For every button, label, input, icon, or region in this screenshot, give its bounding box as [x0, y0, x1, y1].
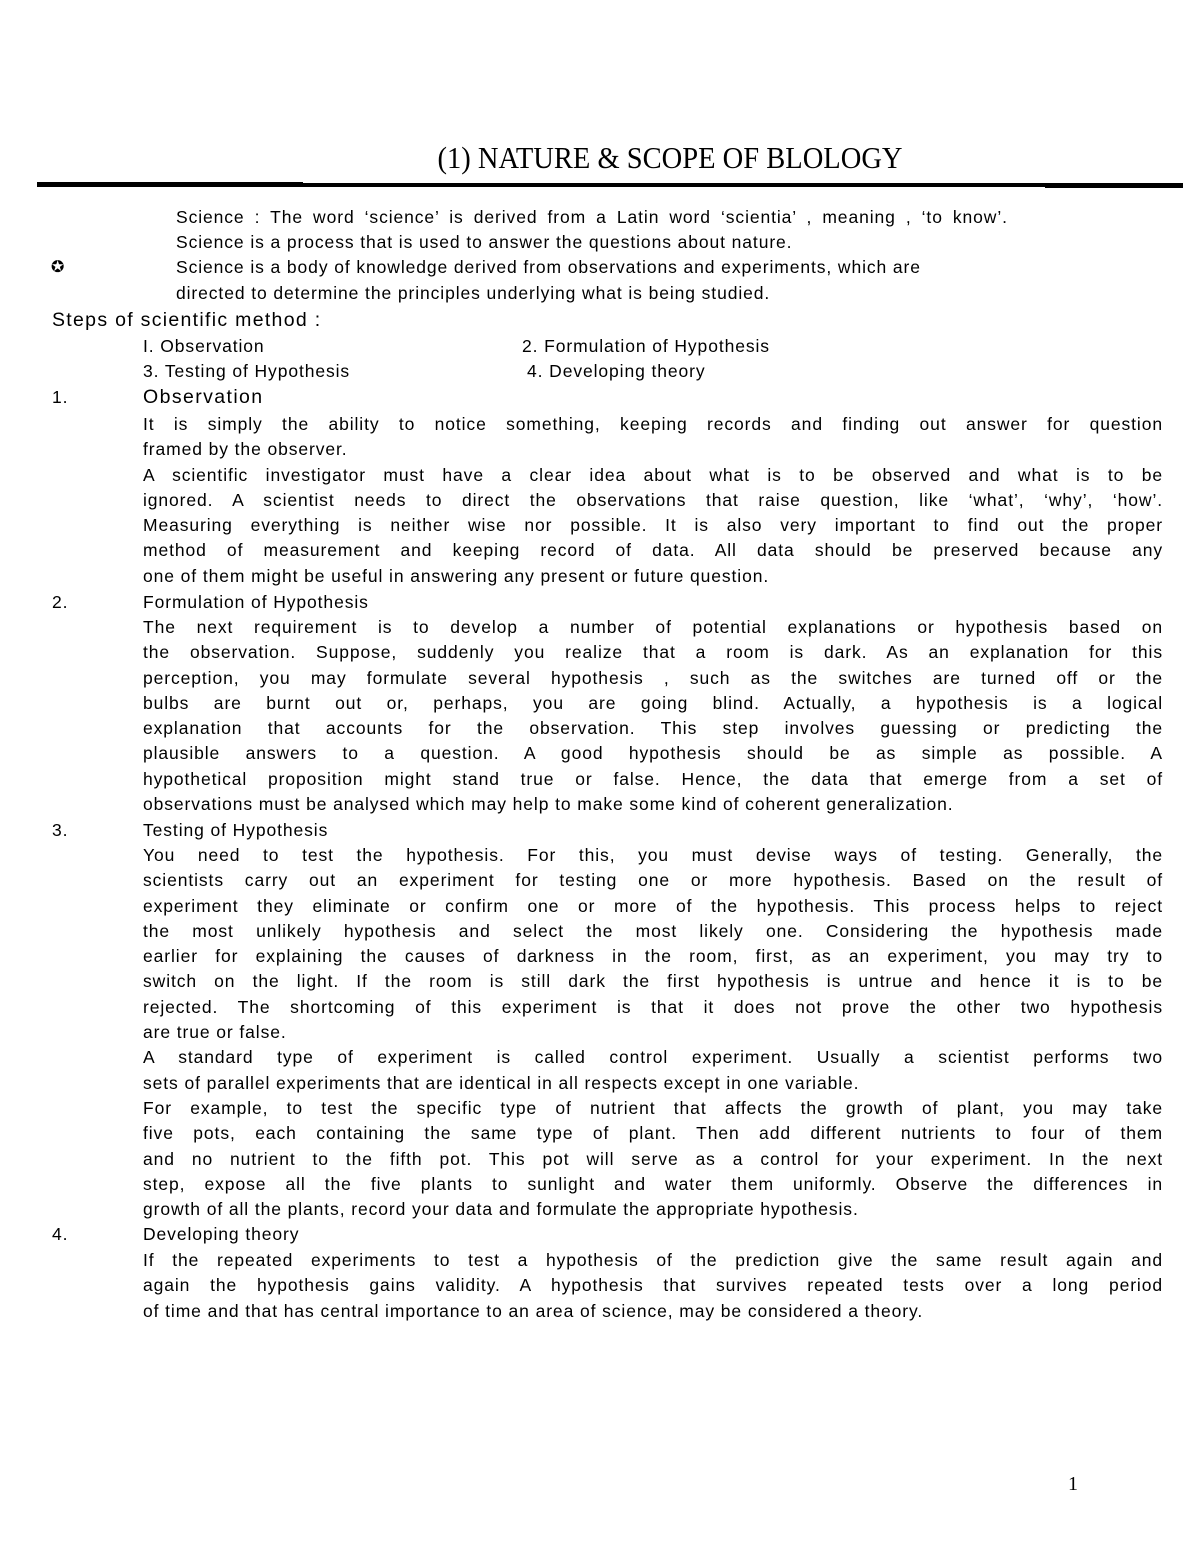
paragraph: You need to test the hypothesis. For thi… [143, 843, 1163, 1222]
paragraph-line: You need to test the hypothesis. For thi… [143, 843, 1163, 868]
section-title: Observation [143, 385, 264, 410]
paragraph-line: observations must be analysed which may … [143, 792, 1163, 817]
step-item: I. Observation [143, 334, 265, 359]
paragraph-line: For example, to test the specific type o… [143, 1096, 1163, 1121]
intro-line: Science is a body of knowledge derived f… [176, 255, 921, 280]
paragraph-line: framed by the observer. [143, 437, 1163, 462]
paragraph-line: ignored. A scientist needs to direct the… [143, 488, 1163, 513]
intro-line: Science is a process that is used to ans… [176, 230, 792, 255]
section-title: Testing of Hypothesis [143, 818, 328, 843]
intro-line: directed to determine the principles und… [176, 281, 770, 306]
paragraph-line: If the repeated experiments to test a hy… [143, 1248, 1163, 1273]
page-number: 1 [1068, 1473, 1078, 1496]
paragraph-line: method of measurement and keeping record… [143, 538, 1163, 563]
paragraph-line: the most unlikely hypothesis and select … [143, 919, 1163, 944]
step-item: 3. Testing of Hypothesis [143, 359, 350, 384]
paragraph: If the repeated experiments to test a hy… [143, 1248, 1163, 1324]
paragraph-line: It is simply the ability to notice somet… [143, 412, 1163, 437]
paragraph-line: the observation. Suppose, suddenly you r… [143, 640, 1163, 665]
paragraph-line: bulbs are burnt out or, perhaps, you are… [143, 691, 1163, 716]
section-title: Formulation of Hypothesis [143, 590, 369, 615]
paragraph-line: five pots, each containing the same type… [143, 1121, 1163, 1146]
section-number: 1. [52, 385, 68, 410]
paragraph-line: step, expose all the five plants to sunl… [143, 1172, 1163, 1197]
paragraph-line: The next requirement is to develop a num… [143, 615, 1163, 640]
title-divider-left-segment [37, 182, 303, 185]
paragraph-line: switch on the light. If the room is stil… [143, 969, 1163, 994]
paragraph-line: perception, you may formulate several hy… [143, 666, 1163, 691]
paragraph-line: rejected. The shortcoming of this experi… [143, 995, 1163, 1020]
paragraph-line: and no nutrient to the fifth pot. This p… [143, 1147, 1163, 1172]
paragraph-line: plausible answers to a question. A good … [143, 741, 1163, 766]
paragraph-line: A standard type of experiment is called … [143, 1045, 1163, 1070]
title-divider-right-segment [1045, 185, 1183, 188]
section-number: 3. [52, 818, 68, 843]
paragraph-line: sets of parallel experiments that are id… [143, 1071, 1163, 1096]
paragraph-line: experiment they eliminate or confirm one… [143, 894, 1163, 919]
steps-heading: Steps of scientific method : [52, 308, 321, 333]
paragraph-line: scientists carry out an experiment for t… [143, 868, 1163, 893]
paragraph-line: earlier for explaining the causes of dar… [143, 944, 1163, 969]
paragraph-line: again the hypothesis gains validity. A h… [143, 1273, 1163, 1298]
intro-line: Science : The word ‘science’ is derived … [176, 205, 1008, 230]
paragraph-line: of time and that has central importance … [143, 1299, 1163, 1324]
paragraph: It is simply the ability to notice somet… [143, 412, 1163, 589]
section-title: Developing theory [143, 1222, 299, 1247]
circled-star-bullet-icon: ✪ [51, 257, 65, 277]
paragraph-line: are true or false. [143, 1020, 1163, 1045]
step-item: 4. Developing theory [527, 359, 706, 384]
step-item: 2. Formulation of Hypothesis [522, 334, 770, 359]
paragraph-line: explanation that accounts for the observ… [143, 716, 1163, 741]
paragraph-line: growth of all the plants, record your da… [143, 1197, 1163, 1222]
paragraph: The next requirement is to develop a num… [143, 615, 1163, 817]
paragraph-line: one of them might be useful in answering… [143, 564, 1163, 589]
paragraph-line: Measuring everything is neither wise nor… [143, 513, 1163, 538]
page-title: (1) NATURE & SCOPE OF BLOLOGY [54, 140, 1158, 176]
section-number: 2. [52, 590, 68, 615]
paragraph-line: hypothetical proposition might stand tru… [143, 767, 1163, 792]
paragraph-line: A scientific investigator must have a cl… [143, 463, 1163, 488]
section-number: 4. [52, 1222, 68, 1247]
